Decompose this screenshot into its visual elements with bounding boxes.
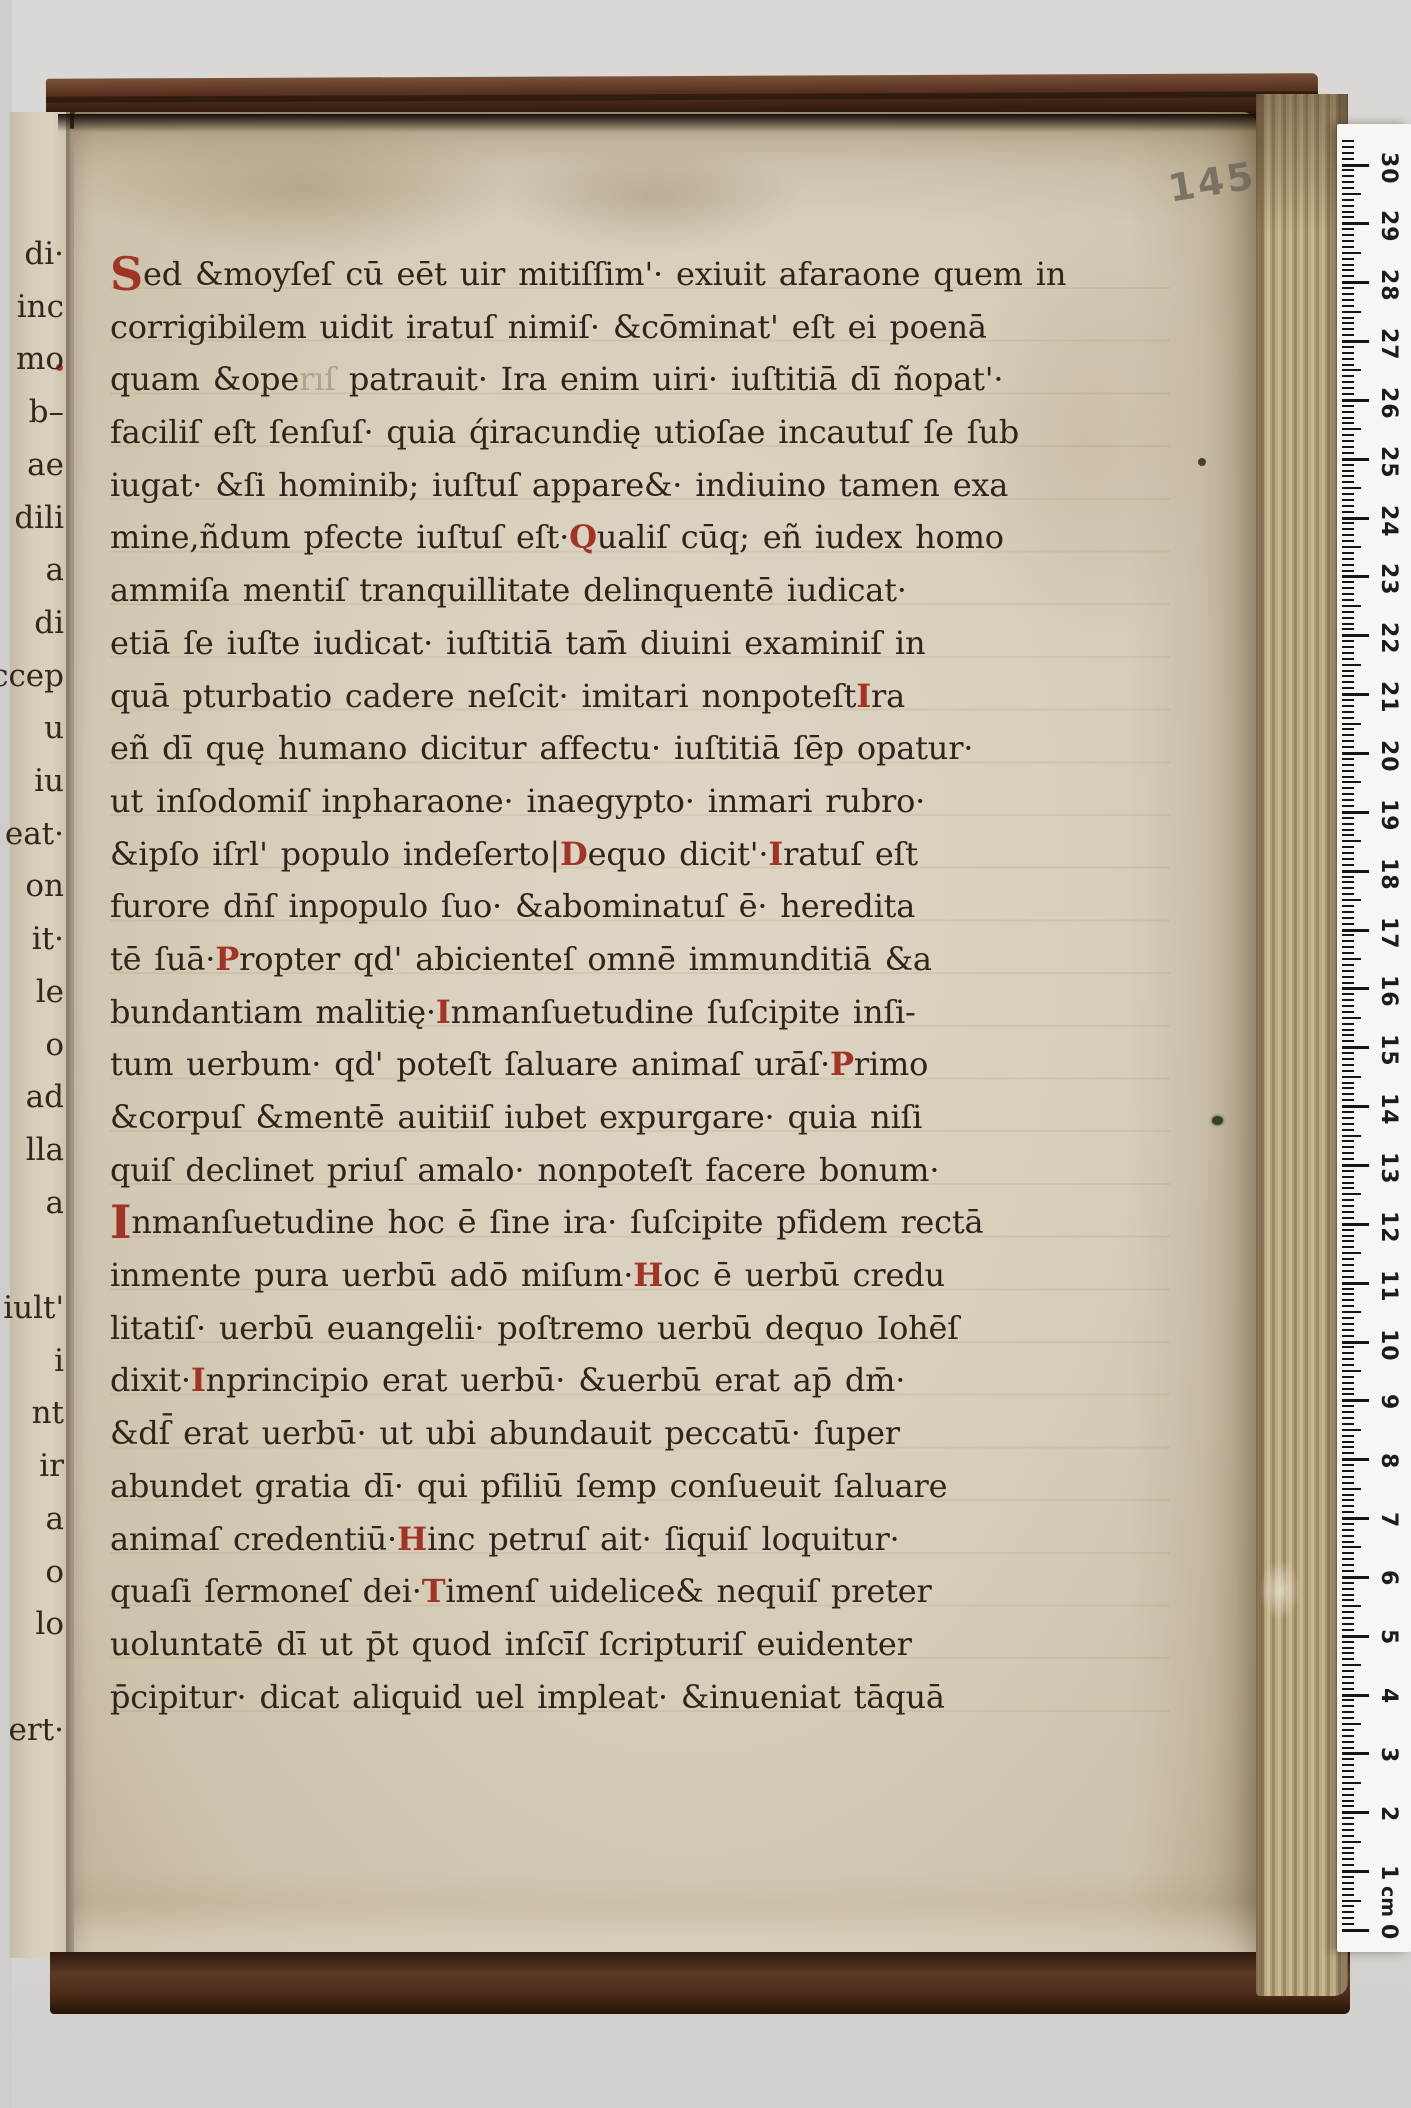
ruler-tick: [1342, 1635, 1369, 1638]
ruler-tick: [1342, 1264, 1354, 1266]
ruler-tick: [1342, 658, 1354, 660]
ruler-tick: [1342, 1847, 1354, 1849]
ruler-tick: [1342, 1299, 1354, 1301]
ruler-tick: [1342, 1070, 1354, 1072]
ruler-tick: [1342, 1564, 1354, 1566]
manuscript-photo: di·incmob–aediliadiccepuiueat·onit·leoad…: [0, 0, 1411, 2108]
ruler-number: 23: [1376, 563, 1401, 596]
ruler-number: 10: [1376, 1329, 1401, 1362]
ruler-tick: [1342, 1858, 1354, 1860]
ruler-tick: [1342, 522, 1354, 524]
ruler-tick: [1342, 1629, 1354, 1631]
ruler-tick: [1342, 1240, 1354, 1242]
ruler-tick: [1342, 1758, 1354, 1760]
facing-page-text-fragment: ert·: [9, 1712, 64, 1748]
ruler-tick: [1342, 399, 1369, 402]
ruler-tick: [1342, 846, 1354, 848]
ruler-tick: [1342, 793, 1354, 795]
ruler-tick: [1342, 905, 1354, 907]
text-line: Sed &moyſeſ cū eēt uir mitiſſim'· exiuit…: [110, 248, 1170, 301]
facing-page-sliver: di·incmob–aediliadiccepuiueat·onit·leoad…: [10, 112, 70, 1958]
ruler-tick: [1342, 540, 1354, 542]
facing-page-text-fragment: a: [46, 1185, 64, 1221]
ruler-tick: [1342, 593, 1354, 595]
ruler-tick: [1342, 393, 1354, 395]
ruler-tick: [1342, 664, 1361, 666]
text-line: quam &operıſ patrauit· Ira enim uiri· iu…: [110, 353, 1170, 406]
ruler-tick: [1342, 640, 1354, 642]
ruler-tick: [1342, 493, 1354, 495]
ruler-tick: [1342, 1829, 1354, 1831]
ruler-number: 11: [1376, 1270, 1401, 1303]
ruler-number: 3: [1376, 1747, 1401, 1763]
ruler-tick: [1342, 1864, 1354, 1866]
page-top-shadow: [58, 114, 1320, 132]
ruler-tick: [1342, 481, 1354, 483]
ruler-tick: [1342, 1623, 1354, 1625]
ruler-tick: [1342, 734, 1354, 736]
ruler-tick: [1342, 1705, 1354, 1707]
ruler-tick: [1342, 1293, 1354, 1295]
ruler-tick: [1342, 787, 1354, 789]
ruler-number: 26: [1376, 387, 1401, 420]
ruler-tick: [1342, 1341, 1369, 1344]
ruler-tick: [1342, 893, 1354, 895]
ruler-tick: [1342, 1046, 1369, 1049]
ruler-tick: [1342, 1329, 1354, 1331]
ruler-tick: [1342, 911, 1354, 913]
ruler-tick: [1342, 805, 1354, 807]
facing-page-text-fragment: o: [45, 1554, 64, 1590]
ruler-tick: [1342, 1429, 1361, 1431]
ruler-tick: [1342, 1199, 1354, 1201]
ruler-number: 8: [1376, 1453, 1401, 1469]
ruler-tick: [1342, 1258, 1354, 1260]
ruler-tick: [1342, 169, 1354, 171]
ruler-tick: [1342, 817, 1354, 819]
ruler-tick: [1342, 140, 1354, 142]
ruler-tick: [1342, 287, 1354, 289]
ruler-tick: [1342, 705, 1354, 707]
ruler-tick: [1342, 1576, 1369, 1579]
ruler-tick: [1342, 1588, 1354, 1590]
ruler-tick: [1342, 205, 1354, 207]
ruler-tick: [1342, 558, 1354, 560]
ruler-tick: [1342, 1411, 1354, 1413]
ruler-tick: [1342, 1393, 1354, 1395]
ruler-tick: [1342, 1605, 1361, 1607]
ruler-tick: [1342, 946, 1354, 948]
ruler-tick: [1342, 1176, 1354, 1178]
ruler-tick: [1342, 258, 1354, 260]
ruler-number: 22: [1376, 622, 1401, 655]
ruler-tick: [1342, 1811, 1369, 1814]
ruler-tick: [1342, 1458, 1369, 1461]
ruler-tick: [1342, 152, 1354, 154]
text-line: p̄cipitur· dicat aliquid uel impleat· &i…: [110, 1671, 1170, 1724]
ruler-number: 16: [1376, 975, 1401, 1008]
text-block: Sed &moyſeſ cū eēt uir mitiſſim'· exiuit…: [110, 248, 1170, 1723]
ruler-tick: [1342, 1029, 1354, 1031]
ruler-tick: [1342, 1382, 1354, 1384]
facing-page-text-fragment: ae: [27, 447, 64, 483]
ruler-tick: [1342, 146, 1354, 148]
ruler-tick: [1342, 487, 1361, 489]
ruler-number: 29: [1376, 210, 1401, 243]
ruler-tick: [1342, 934, 1354, 936]
ruler-tick: [1342, 1835, 1354, 1837]
facing-page-text-fragment: on: [25, 868, 64, 904]
ruler-number: 4: [1376, 1688, 1401, 1704]
ruler-tick: [1342, 634, 1369, 637]
ruler-tick: [1342, 1058, 1354, 1060]
ink-speck: [1198, 458, 1206, 466]
ruler-tick: [1342, 517, 1369, 520]
ruler-tick: [1342, 375, 1354, 377]
ruler-tick: [1342, 1711, 1354, 1713]
ruler-tick: [1342, 599, 1354, 601]
ruler-tick: [1342, 699, 1354, 701]
ruler-tick: [1342, 369, 1361, 371]
ruler-tick: [1342, 1800, 1354, 1802]
ruler-tick: [1342, 887, 1354, 889]
ruler-tick: [1342, 999, 1354, 1001]
text-line: quā pturbatio cadere neſcit· imitari non…: [110, 670, 1170, 723]
ruler-tick: [1342, 246, 1354, 248]
text-line: animaſ credentiū·Hinc petruſ ait· ſiquiſ…: [110, 1513, 1170, 1566]
ruler-tick: [1342, 1747, 1354, 1749]
ruler-tick: [1342, 322, 1354, 324]
facing-page-text-fragment: di·: [24, 236, 64, 272]
ruler-tick: [1342, 1464, 1354, 1466]
facing-page-text-fragment: lla: [26, 1132, 64, 1168]
ruler-tick: [1342, 876, 1354, 878]
ruler-tick: [1342, 1594, 1354, 1596]
text-line: Inmanſuetudine hoc ē ſine ira· ſuſcipite…: [110, 1196, 1170, 1249]
ruler-tick: [1342, 1252, 1361, 1254]
text-line: &ipſo iſrl' populo indeſerto|Dequo dicit…: [110, 828, 1170, 881]
ruler-tick: [1342, 781, 1361, 783]
ruler-tick: [1342, 1270, 1354, 1272]
ruler-tick: [1342, 228, 1354, 230]
ruler-tick: [1342, 1076, 1361, 1078]
ruler-tick: [1342, 858, 1354, 860]
ruler-tick: [1342, 1282, 1369, 1285]
facing-page-text-fragment: ir: [39, 1448, 64, 1484]
ruler-tick: [1342, 1158, 1354, 1160]
ruler-number: 30: [1376, 152, 1401, 185]
ruler-tick: [1342, 852, 1354, 854]
ruler-tick: [1342, 1511, 1354, 1513]
ruler-tick: [1342, 1135, 1361, 1137]
ruler-tick: [1342, 1694, 1369, 1697]
ruler-tick: [1342, 1546, 1361, 1548]
text-line: eñ dī quę humano dicitur affectu· iuſtit…: [110, 722, 1170, 775]
ruler-tick: [1342, 1670, 1354, 1672]
text-line: dixit·Inprincipio erat uerbū· &uerbū era…: [110, 1354, 1170, 1407]
ruler-tick: [1342, 299, 1354, 301]
ruler-tick: [1342, 1652, 1354, 1654]
ruler-tick: [1342, 428, 1361, 430]
ruler-tick: [1342, 764, 1354, 766]
ruler-tick: [1342, 264, 1354, 266]
text-line: bundantiam malitię·Inmanſuetudine ſuſcip…: [110, 986, 1170, 1039]
ruler-number: 6: [1376, 1570, 1401, 1586]
ruler-tick: [1342, 687, 1354, 689]
ruler-tick: [1342, 670, 1354, 672]
ruler-number: 18: [1376, 858, 1401, 891]
ruler-tick: [1342, 1794, 1354, 1796]
ruler-tick: [1342, 340, 1369, 343]
ruler-number: 1: [1376, 1865, 1401, 1881]
facing-page-text-fragment: i: [54, 1343, 64, 1379]
text-line: uoluntatē dī ut p̄t quod inſcīſ ſcriptur…: [110, 1618, 1170, 1671]
ruler-tick: [1342, 964, 1354, 966]
ruler-tick: [1342, 1900, 1361, 1902]
book-bottom-cover-edge: [50, 1952, 1350, 2014]
ruler-tick: [1342, 1535, 1354, 1537]
ruler-tick: [1342, 864, 1354, 866]
ruler-tick: [1342, 717, 1354, 719]
ruler-tick: [1342, 1723, 1361, 1725]
ruler-tick: [1342, 923, 1354, 925]
ruler-tick: [1342, 623, 1354, 625]
ruler-tick: [1342, 1376, 1354, 1378]
ruler-tick: [1342, 652, 1354, 654]
ruler-tick: [1342, 646, 1354, 648]
text-line: &dſ̄ erat uerbū· ut ubi abundauit peccat…: [110, 1407, 1170, 1460]
ruler-tick: [1342, 1894, 1354, 1896]
ruler-tick: [1342, 1099, 1354, 1101]
ruler-tick: [1342, 546, 1361, 548]
ruler-tick: [1342, 976, 1354, 978]
text-line: quaſi ſermoneſ dei·Timenſ uidelice& nequ…: [110, 1565, 1170, 1618]
ruler-tick: [1342, 158, 1354, 160]
ruler-number: 28: [1376, 269, 1401, 302]
text-line: tē ſuā·Propter qd' abicienteſ omnē immun…: [110, 933, 1170, 986]
ruler-tick: [1342, 358, 1354, 360]
ruler-tick: [1342, 987, 1369, 990]
ruler-tick: [1342, 411, 1354, 413]
ruler-number: 5: [1376, 1629, 1401, 1645]
ruler-tick: [1342, 1317, 1354, 1319]
text-line: abundet gratia dī· qui pfiliū ſemp conſu…: [110, 1460, 1170, 1513]
ruler-tick: [1342, 723, 1361, 725]
ruler-tick: [1342, 829, 1354, 831]
ruler-tick: [1342, 381, 1354, 383]
ruler-tick: [1342, 1823, 1354, 1825]
manuscript-page: Sed &moyſeſ cū eēt uir mitiſſim'· exiuit…: [74, 112, 1258, 1960]
ruler-tick: [1342, 1558, 1354, 1560]
ruler-number: 0: [1376, 1924, 1401, 1940]
facing-page-text-fragment: nt: [32, 1395, 64, 1431]
ruler-tick: [1342, 1246, 1354, 1248]
ruler-tick: [1342, 958, 1361, 960]
ruler-tick: [1342, 587, 1354, 589]
ruler-tick: [1342, 1164, 1369, 1167]
ruler-number: 14: [1376, 1093, 1401, 1126]
parchment-stain: [94, 120, 514, 260]
ruler-tick: [1342, 899, 1361, 901]
ruler-tick: [1342, 881, 1354, 883]
ruler-tick: [1342, 234, 1354, 236]
ruler-tick: [1342, 940, 1354, 942]
ruler-tick: [1342, 311, 1361, 313]
ruler-tick: [1342, 1852, 1354, 1854]
ruler-tick: [1342, 1023, 1354, 1025]
ruler-tick: [1342, 1523, 1354, 1525]
ruler-tick: [1342, 1017, 1361, 1019]
ruler-tick: [1342, 1476, 1354, 1478]
ruler-tick: [1342, 1093, 1354, 1095]
ruler-tick: [1342, 1187, 1354, 1189]
ruler-tick: [1342, 799, 1354, 801]
ruler-tick: [1342, 1735, 1354, 1737]
book-fore-edge: [1256, 94, 1348, 1996]
ruler-tick: [1342, 1664, 1361, 1666]
ruler-tick: [1342, 1699, 1354, 1701]
ruler-tick: [1342, 1182, 1354, 1184]
ruler-tick: [1342, 570, 1354, 572]
ruler-tick: [1342, 746, 1354, 748]
ruler-tick: [1342, 1146, 1354, 1148]
ruler-tick: [1342, 1470, 1354, 1472]
ruler-tick: [1342, 1488, 1361, 1490]
facing-page-text-fragment: di: [34, 605, 64, 641]
ruler-tick: [1342, 1923, 1354, 1925]
ruler-tick: [1342, 1358, 1354, 1360]
ruler-tick: [1342, 1582, 1354, 1584]
ruler-tick: [1342, 1305, 1354, 1307]
ruler-tick: [1342, 823, 1354, 825]
ruler-number: 24: [1376, 505, 1401, 538]
ruler-tick: [1342, 1323, 1354, 1325]
facing-page-text-fragment: dili: [14, 500, 64, 536]
ruler-tick: [1342, 952, 1354, 954]
text-line: iugat· &ſi hominib; iuſtuſ appare&· indi…: [110, 459, 1170, 512]
ruler-tick: [1342, 1517, 1369, 1520]
facing-page-text-fragment: le: [36, 974, 64, 1010]
ruler-tick: [1342, 1788, 1354, 1790]
ruler-tick: [1342, 1082, 1354, 1084]
ruler-tick: [1342, 1611, 1354, 1613]
facing-page-text-fragment: mo: [16, 341, 64, 377]
ruler-tick: [1342, 534, 1354, 536]
ruler-tick: [1342, 1435, 1354, 1437]
facing-page-text-fragment: ccep: [0, 658, 64, 694]
ruler-tick: [1342, 1741, 1354, 1743]
ruler-tick: [1342, 387, 1354, 389]
text-line: furore dn̄ſ inpopulo ſuo· &abominatuſ ē·…: [110, 880, 1170, 933]
ruler-tick: [1342, 1599, 1354, 1601]
ruler-tick: [1342, 1494, 1354, 1496]
ruler-tick: [1342, 528, 1354, 530]
ruler-tick: [1342, 1752, 1369, 1755]
ruler-tick: [1342, 605, 1361, 607]
ruler-tick: [1342, 240, 1354, 242]
ruler-tick: [1342, 617, 1354, 619]
ruler-tick: [1342, 1229, 1354, 1231]
ruler-tick: [1342, 1782, 1361, 1784]
ruler-tick: [1342, 1729, 1354, 1731]
ruler-number: 12: [1376, 1211, 1401, 1244]
ruler-tick: [1342, 334, 1354, 336]
ruler-tick: [1342, 1911, 1354, 1913]
ruler-unit-label: cm: [1377, 1886, 1399, 1917]
facing-page-text-fragment: iu: [34, 763, 64, 799]
facing-page-text-fragment: eat·: [5, 816, 64, 852]
ruler-tick: [1342, 1888, 1354, 1890]
ruler-tick: [1342, 1129, 1354, 1131]
ruler-tick: [1342, 1040, 1354, 1042]
ruler-tick: [1342, 564, 1354, 566]
text-line: tum uerbum· qd' poteſt ſaluare animaſ ur…: [110, 1038, 1170, 1091]
ruler-tick: [1342, 181, 1354, 183]
ruler-tick: [1342, 328, 1354, 330]
ruler-tick: [1342, 929, 1369, 932]
ruler-tick: [1342, 1364, 1354, 1366]
ruler-number: 7: [1376, 1512, 1401, 1528]
ruler-tick: [1342, 776, 1354, 778]
ruler-number: 27: [1376, 328, 1401, 361]
ruler-tick: [1342, 1805, 1354, 1807]
ruler-tick: [1342, 628, 1354, 630]
ruler-tick: [1342, 993, 1354, 995]
ruler-tick: [1342, 681, 1354, 683]
ruler-tick: [1342, 840, 1361, 842]
ruler-tick: [1342, 422, 1354, 424]
text-line: &corpuſ &mentē auitiiſ iubet expurgare· …: [110, 1091, 1170, 1144]
ruler-tick: [1342, 464, 1354, 466]
ruler-tick: [1342, 1841, 1361, 1843]
ruler-tick: [1342, 440, 1354, 442]
ruler-tick: [1342, 1452, 1354, 1454]
ruler-tick: [1342, 1658, 1354, 1660]
ruler-tick: [1342, 470, 1354, 472]
ruler-number: 15: [1376, 1034, 1401, 1067]
ruler-tick: [1342, 1641, 1354, 1643]
ruler-number: 9: [1376, 1394, 1401, 1410]
facing-page-text-fragment: iult': [3, 1290, 64, 1326]
ruler-tick: [1342, 1211, 1354, 1213]
ruler-tick: [1342, 1570, 1354, 1572]
ink-speck: [1212, 1116, 1223, 1125]
ruler-tick: [1342, 1111, 1354, 1113]
facing-page-text-fragment: b–: [29, 394, 64, 430]
ruler-tick: [1342, 364, 1354, 366]
ruler-tick: [1342, 1423, 1354, 1425]
ruler-tick: [1342, 834, 1354, 836]
ruler-tick: [1342, 252, 1361, 254]
parchment-stain: [954, 232, 1214, 652]
ruler-tick: [1342, 758, 1354, 760]
ruler-tick: [1342, 693, 1369, 696]
ruler-tick: [1342, 1929, 1369, 1932]
ruler-tick: [1342, 752, 1369, 755]
ruler-tick: [1342, 1870, 1369, 1873]
ruler-tick: [1342, 1370, 1361, 1372]
ruler-tick: [1342, 175, 1354, 177]
ruler-tick: [1342, 1170, 1354, 1172]
ruler-tick: [1342, 164, 1369, 167]
ruler-tick: [1342, 575, 1369, 578]
ruler-tick: [1342, 511, 1354, 513]
ruler-tick: [1342, 1647, 1354, 1649]
ruler-tick: [1342, 458, 1369, 461]
ruler-tick: [1342, 216, 1354, 218]
ruler-tick: [1342, 417, 1354, 419]
text-line: faciliſ eſt ſenſuſ· quia q́iracundię uti…: [110, 406, 1170, 459]
